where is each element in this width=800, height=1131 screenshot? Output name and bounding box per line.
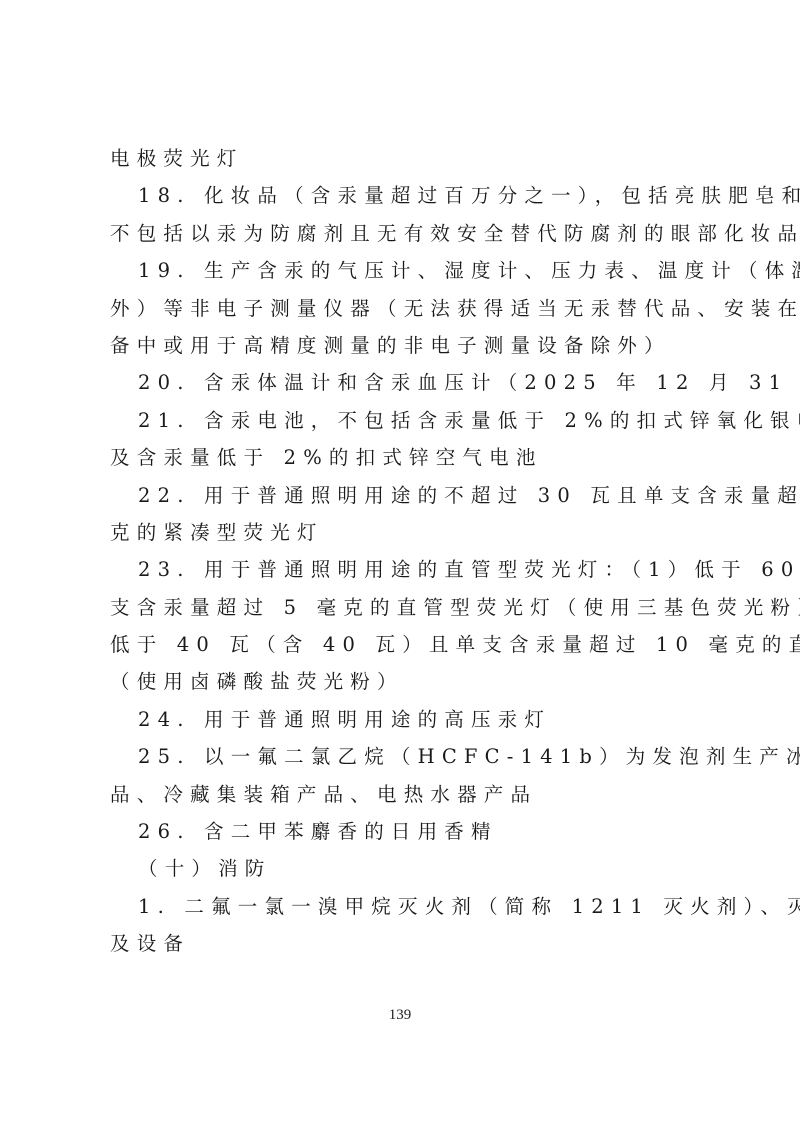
list-item-19: 19. 生产含汞的气压计、湿度计、压力表、温度计（体温计除 — [110, 252, 692, 289]
text-line: 支含汞量超过 5 毫克的直管型荧光灯（使用三基色荧光粉）；（2） — [110, 589, 692, 626]
list-item-21: 21. 含汞电池，不包括含汞量低于 2%的扣式锌氧化银电池以 — [110, 402, 692, 439]
text-line: 外）等非电子测量仪器（无法获得适当无汞替代品、安装在大型设 — [110, 290, 692, 327]
text-line: 品、冷藏集装箱产品、电热水器产品 — [110, 776, 692, 813]
text-line: 电极荧光灯 — [110, 140, 692, 177]
list-item-24: 24. 用于普通照明用途的高压汞灯 — [110, 701, 692, 738]
list-item-1: 1. 二氟一氯一溴甲烷灭火剂（简称 1211 灭火剂）、灭火系统 — [110, 888, 692, 925]
text-line: （使用卤磷酸盐荧光粉） — [110, 663, 692, 700]
text-line: 备中或用于高精度测量的非电子测量设备除外） — [110, 327, 692, 364]
text-line: 及设备 — [110, 925, 692, 962]
list-item-18: 18. 化妆品（含汞量超过百万分之一），包括亮肤肥皂和乳霜， — [110, 177, 692, 214]
list-item-25: 25. 以一氟二氯乙烷（HCFC-141b）为发泡剂生产冰箱冷柜产 — [110, 738, 692, 775]
document-body: 电极荧光灯 18. 化妆品（含汞量超过百万分之一），包括亮肤肥皂和乳霜， 不包括… — [110, 140, 692, 963]
text-line: 低于 40 瓦（含 40 瓦）且单支含汞量超过 10 毫克的直管型荧光灯 — [110, 626, 692, 663]
list-item-22: 22. 用于普通照明用途的不超过 30 瓦且单支含汞量超过 5 毫 — [110, 477, 692, 514]
list-item-23: 23. 用于普通照明用途的直管型荧光灯：（1）低于 60 瓦且单 — [110, 551, 692, 588]
text-line: 及含汞量低于 2%的扣式锌空气电池 — [110, 439, 692, 476]
list-item-20: 20. 含汞体温计和含汞血压计（2025 年 12 月 31 日） — [110, 364, 692, 401]
text-line: 不包括以汞为防腐剂且无有效安全替代防腐剂的眼部化妆品 — [110, 215, 692, 252]
text-line: 克的紧凑型荧光灯 — [110, 514, 692, 551]
page-number: 139 — [0, 1007, 800, 1024]
section-heading: （十）消防 — [110, 850, 692, 887]
list-item-26: 26. 含二甲苯麝香的日用香精 — [110, 813, 692, 850]
